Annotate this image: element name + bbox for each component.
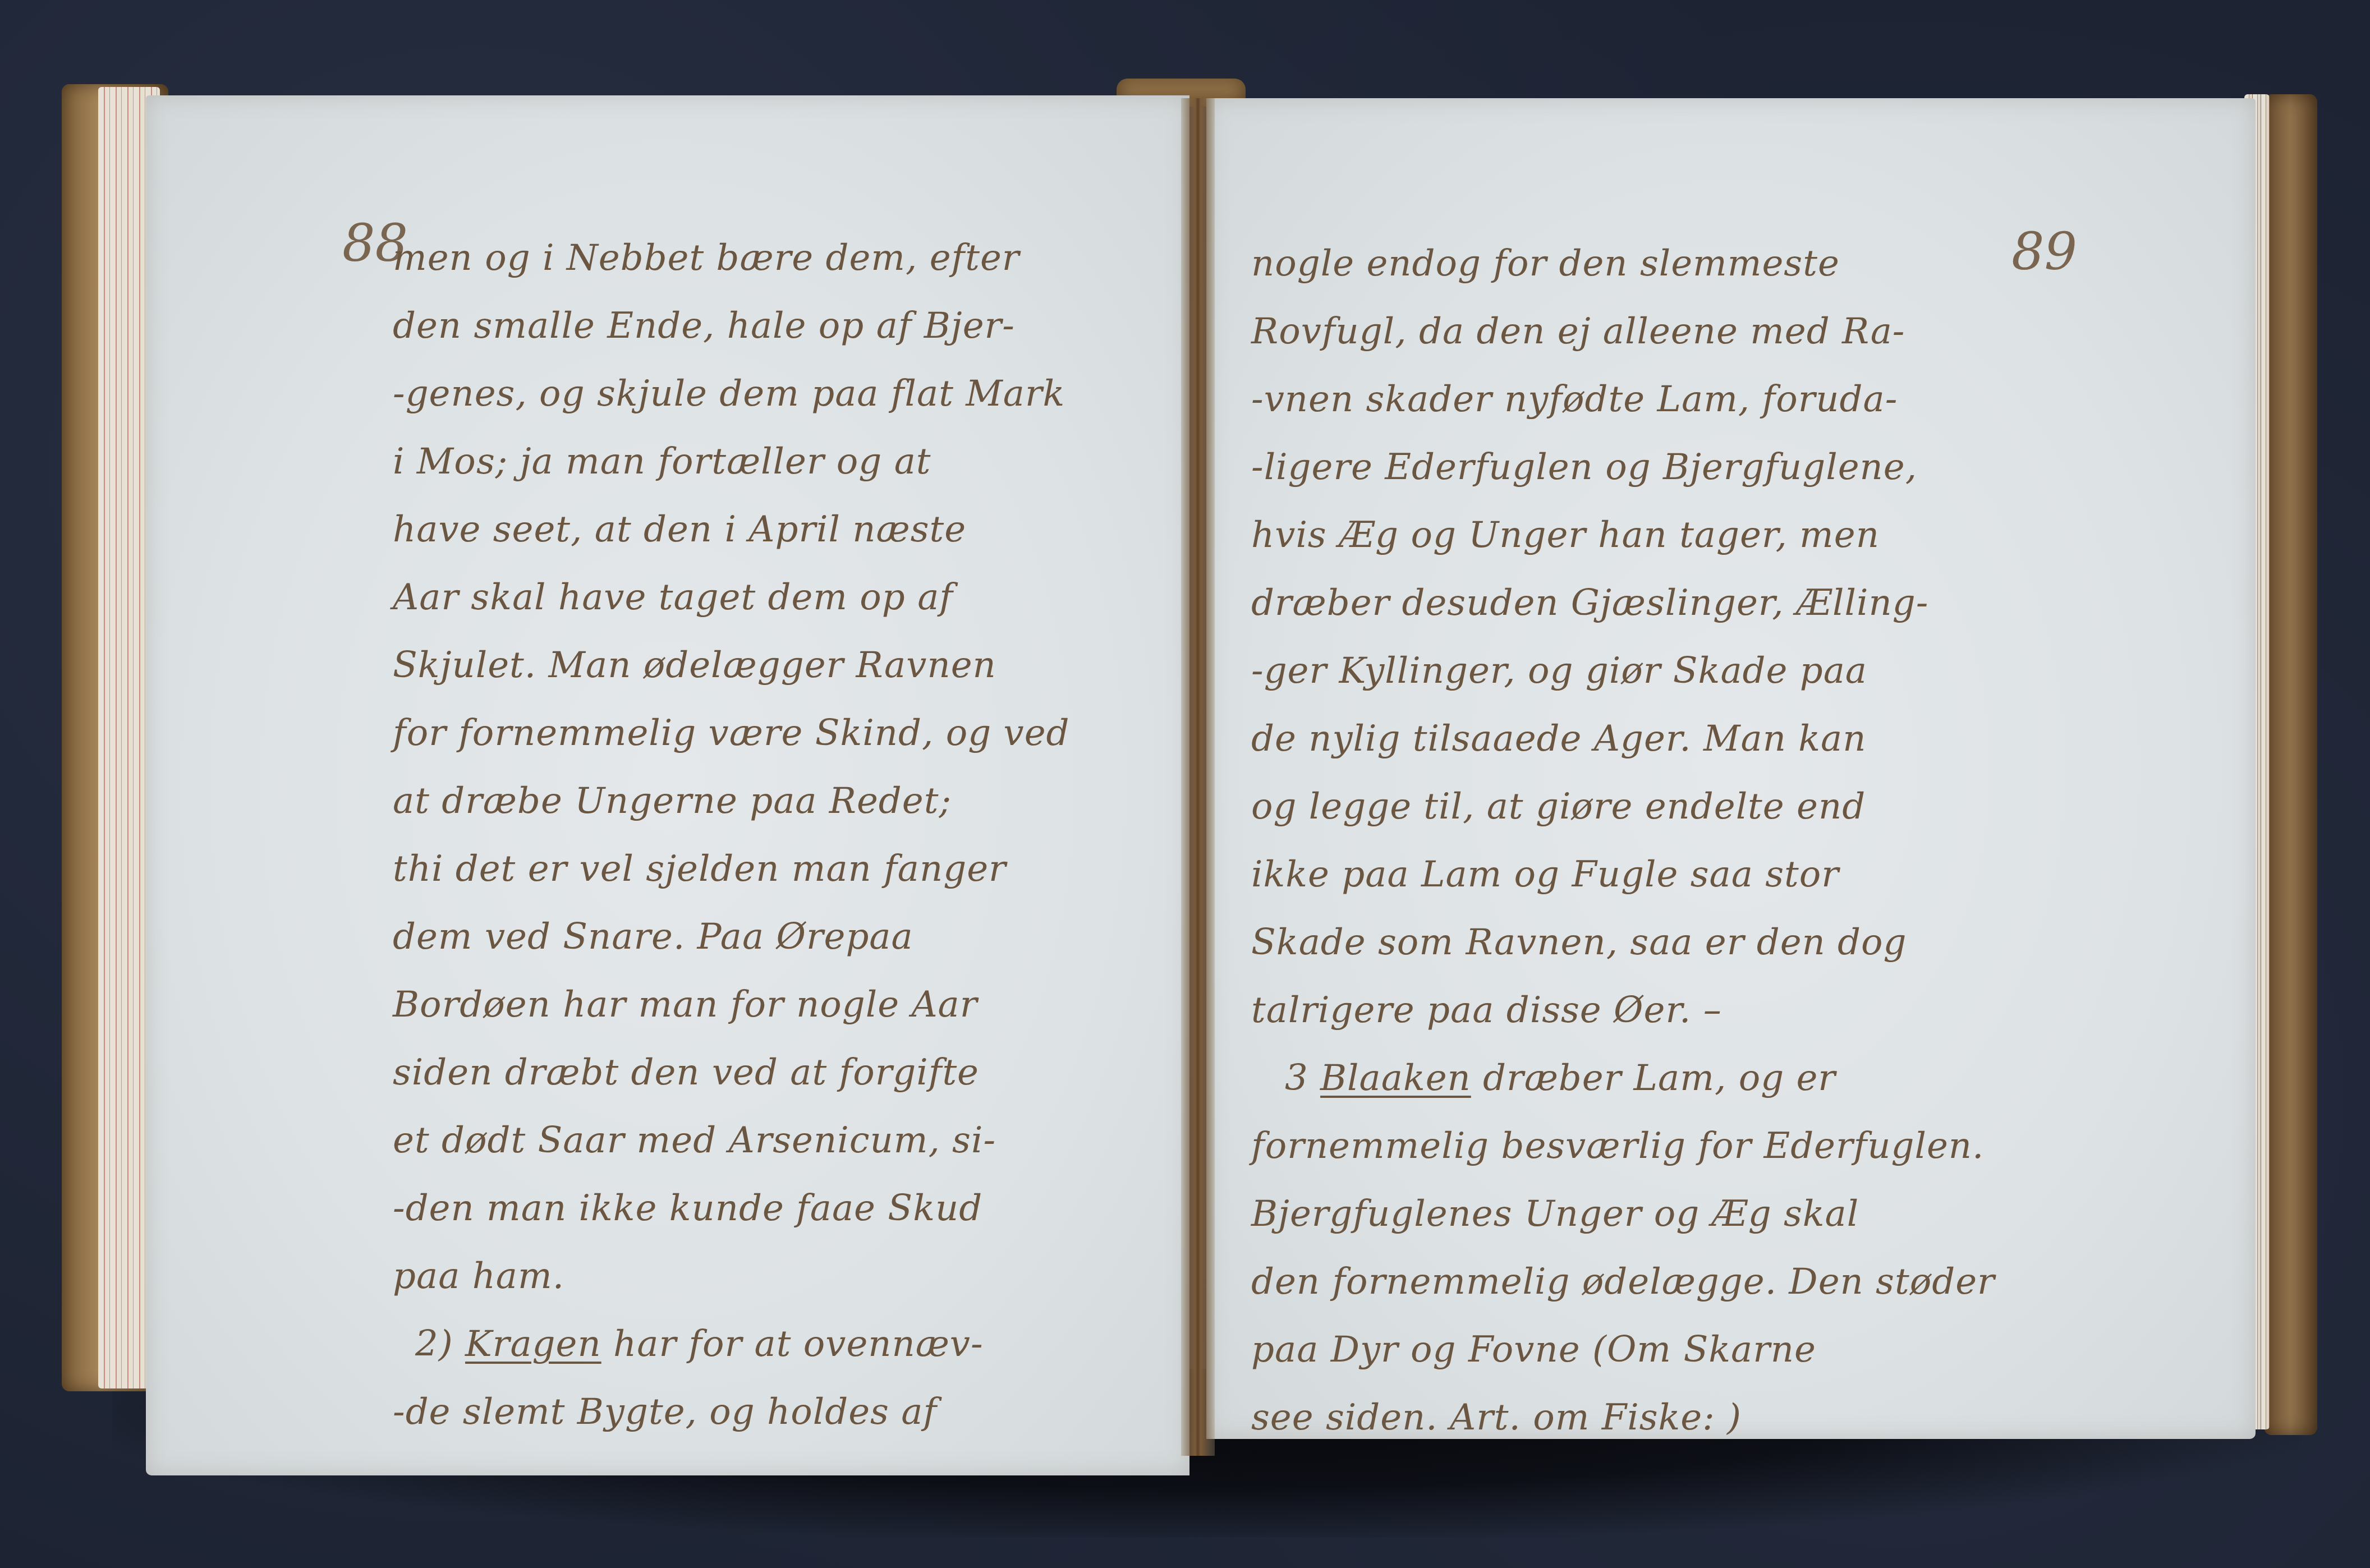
text-line: og legge til, at giøre endelte end <box>1251 773 2048 841</box>
text-line: Rovfugl, da den ej alleene med Ra- <box>1251 298 2048 366</box>
text-line: -den man ikke kunde faae Skud <box>393 1175 1178 1243</box>
text-line: Bjergfuglenes Unger og Æg skal <box>1251 1180 2048 1248</box>
text-line: paa ham. <box>393 1243 1178 1311</box>
section-heading: Blaaken <box>1320 1057 1471 1099</box>
text-line: Skjulet. Man ødelægger Ravnen <box>393 632 1178 700</box>
text-line: de nylig tilsaaede Ager. Man kan <box>1251 705 2048 773</box>
text-line-rest: har for at ovennæv- <box>613 1323 984 1365</box>
text-line: for fornemmelig være Skind, og ved <box>393 700 1178 767</box>
section-number: 2) <box>415 1323 453 1365</box>
text-line: -ligere Ederfuglen og Bjergfuglene, <box>1251 434 2048 502</box>
text-line: i Mos; ja man fortæller og at <box>393 428 1178 496</box>
section-heading-line: 2) Kragen har for at ovennæv- <box>393 1311 1178 1378</box>
text-line-rest: dræber Lam, og er <box>1483 1057 1836 1099</box>
text-line: Skade som Ravnen, saa er den dog <box>1251 909 2048 977</box>
text-line: fornemmelig besværlig for Ederfuglen. <box>1251 1112 2048 1180</box>
text-line: den smalle Ende, hale op af Bjer- <box>393 292 1178 360</box>
section-number: 3 <box>1285 1057 1308 1099</box>
text-line: siden dræbt den ved at forgifte <box>393 1039 1178 1107</box>
right-page-text: nogle endog for den slemmeste Rovfugl, d… <box>1251 230 2048 1452</box>
section-heading-line: 3 Blaaken dræber Lam, og er <box>1251 1045 2048 1112</box>
text-line: dem ved Snare. Paa Ørepaa <box>393 903 1178 971</box>
text-line: -de slemt Bygte, og holdes af <box>393 1378 1178 1446</box>
text-line: see siden. Art. om Fiske: ) <box>1251 1384 2048 1452</box>
text-line: Bordøen har man for nogle Aar <box>393 971 1178 1039</box>
text-line: den fornemmelig ødelægge. Den støder <box>1251 1248 2048 1316</box>
text-line: men og i Nebbet bære dem, efter <box>393 224 1178 292</box>
book-gutter <box>1181 98 1215 1456</box>
left-page-text: men og i Nebbet bære dem, efter den smal… <box>393 224 1178 1446</box>
section-heading: Kragen <box>465 1323 601 1365</box>
text-line: talrigere paa disse Øer. – <box>1251 977 2048 1045</box>
text-line: ikke paa Lam og Fugle saa stor <box>1251 841 2048 909</box>
text-line: -ger Kyllinger, og giør Skade paa <box>1251 637 2048 705</box>
text-line: et dødt Saar med Arsenicum, si- <box>393 1107 1178 1175</box>
leather-cover-right <box>2264 94 2317 1435</box>
text-line: Aar skal have taget dem op af <box>393 564 1178 632</box>
text-line: -vnen skader nyfødte Lam, foruda- <box>1251 366 2048 434</box>
text-line: paa Dyr og Fovne (Om Skarne <box>1251 1316 2048 1384</box>
text-line: at dræbe Ungerne paa Redet; <box>393 767 1178 835</box>
text-line: dræber desuden Gjæslinger, Ælling- <box>1251 569 2048 637</box>
text-line: hvis Æg og Unger han tager, men <box>1251 502 2048 569</box>
text-line: nogle endog for den slemmeste <box>1251 230 2048 298</box>
text-line: have seet, at den i April næste <box>393 496 1178 564</box>
text-line: -genes, og skjule dem paa flat Mark <box>393 360 1178 428</box>
text-line: thi det er vel sjelden man fanger <box>393 835 1178 903</box>
